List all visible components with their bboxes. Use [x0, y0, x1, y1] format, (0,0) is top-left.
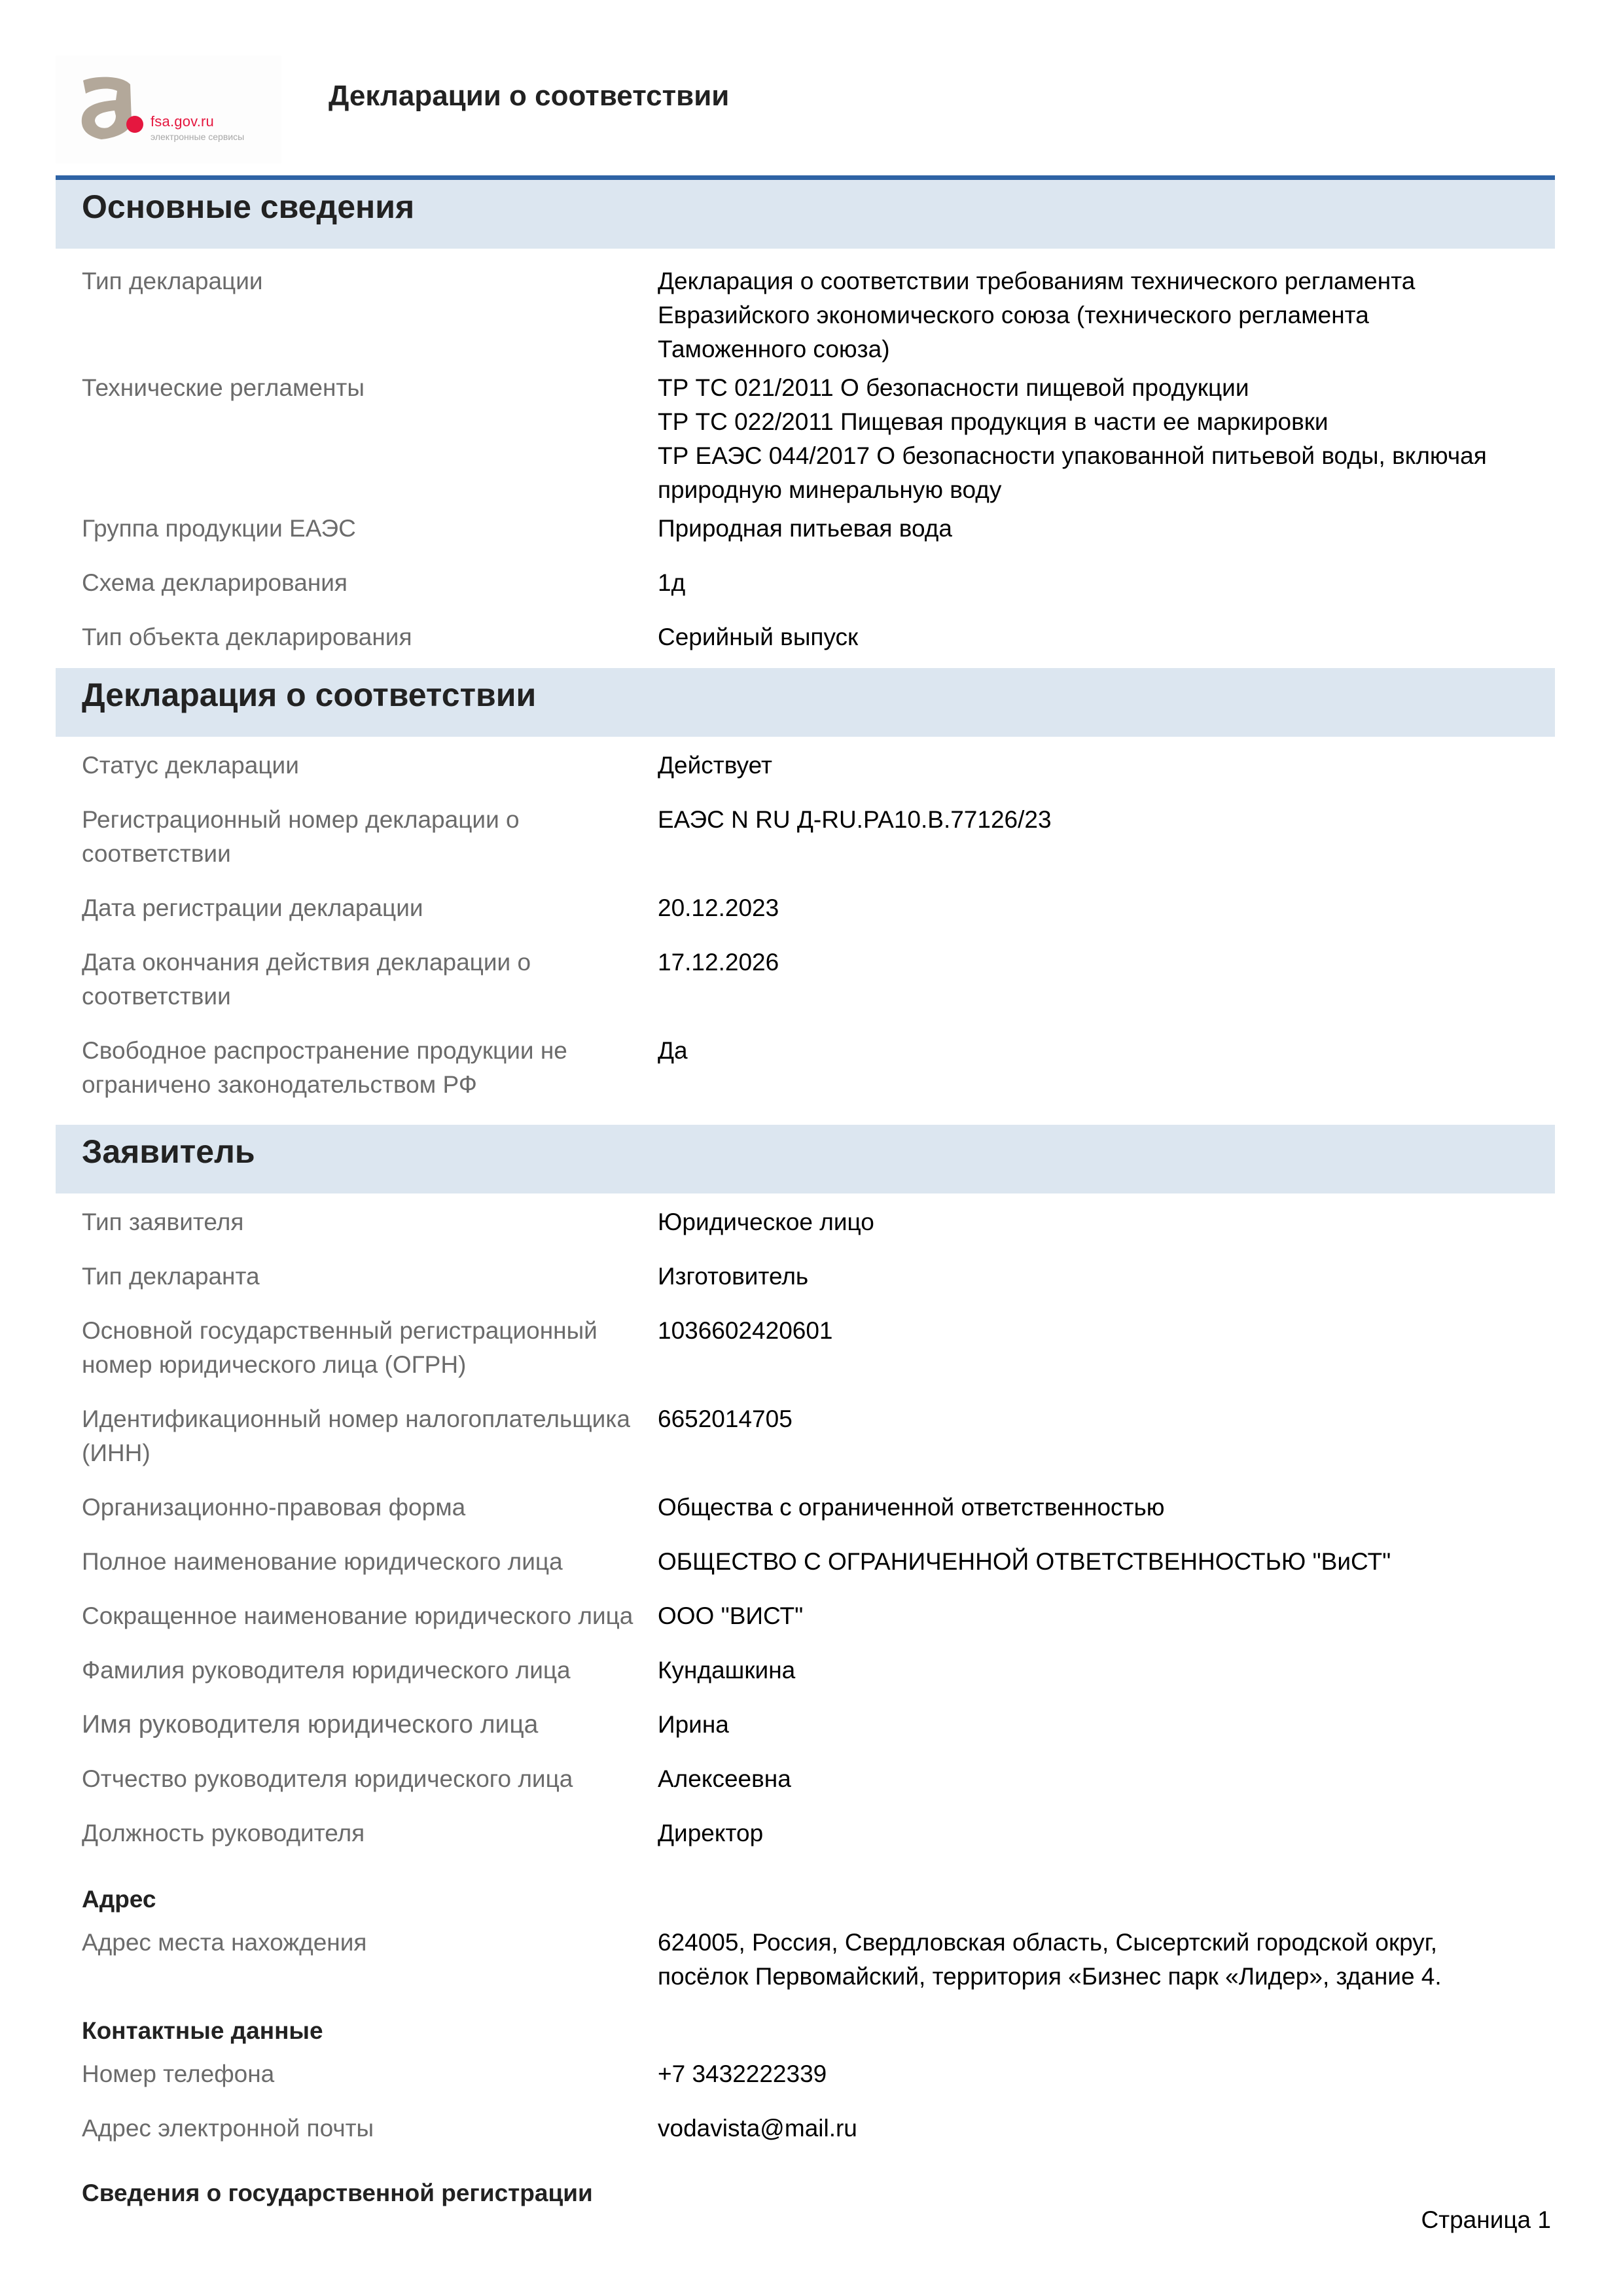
value-line: Таможенного союза)	[658, 332, 1529, 366]
field-row: Номер телефона +7 3432222339	[56, 2048, 1555, 2096]
field-row: Полное наименование юридического лица ОБ…	[56, 1529, 1555, 1583]
field-label: Номер телефона	[56, 2057, 658, 2091]
field-label: Полное наименование юридического лица	[56, 1545, 658, 1579]
section-declaration: Статус декларации Действует Регистрацион…	[56, 737, 1555, 1106]
logo-red-dot	[126, 116, 143, 133]
field-label: Тип объекта декларирования	[56, 620, 658, 654]
section-header-declaration: Декларация о соответствии	[56, 668, 1555, 737]
free-circulation: Да	[658, 1034, 1555, 1102]
field-label: Регистрационный номер декларации о соотв…	[56, 803, 658, 871]
field-value: Декларация о соответствии требованиям те…	[658, 264, 1555, 366]
field-label: Сокращенное наименование юридического ли…	[56, 1599, 658, 1633]
declaration-status: Действует	[658, 749, 1555, 783]
field-row: Технические регламенты ТР ТС 021/2011 О …	[56, 371, 1555, 512]
section-basic-info: Тип декларации Декларация о соответствии…	[56, 249, 1555, 659]
head-first-name: Ирина	[658, 1708, 1555, 1742]
fsa-a-letter-logo-icon	[77, 75, 135, 141]
spacer	[56, 659, 1555, 668]
field-label: Дата регистрации декларации	[56, 891, 658, 925]
field-label: Схема декларирования	[56, 566, 658, 600]
logo-subtitle: электронные сервисы	[151, 132, 244, 142]
field-label: Основной государственный регистрационный…	[56, 1314, 658, 1382]
document-title: Декларации о соответствии	[329, 80, 729, 113]
value-line: ТР ТС 022/2011 Пищевая продукция в части…	[658, 405, 1529, 439]
field-row: Должность руководителя Директор	[56, 1801, 1555, 1855]
field-row: Сокращенное наименование юридического ли…	[56, 1583, 1555, 1638]
value-line: Евразийского экономического союза (техни…	[658, 298, 1529, 332]
section-header-applicant: Заявитель	[56, 1125, 1555, 1193]
field-row: Тип декларанта Изготовитель	[56, 1244, 1555, 1298]
field-row: Фамилия руководителя юридического лица К…	[56, 1638, 1555, 1692]
field-label: Тип заявителя	[56, 1205, 658, 1239]
ogrn-value: 1036602420601	[658, 1314, 1555, 1382]
company-short-name: ООО "ВИСТ"	[658, 1599, 1555, 1633]
field-label: Технические регламенты	[56, 371, 658, 507]
field-row: Дата регистрации декларации 20.12.2023	[56, 875, 1555, 930]
field-label: Фамилия руководителя юридического лица	[56, 1653, 658, 1687]
field-label: Адрес места нахождения	[56, 1926, 658, 1994]
email-value: vodavista@mail.ru	[658, 2111, 1555, 2146]
value-line: ТР ЕАЭС 044/2017 О безопасности упакован…	[658, 439, 1529, 473]
registration-date: 20.12.2023	[658, 891, 1555, 925]
field-label: Адрес электронной почты	[56, 2111, 658, 2146]
field-label: Организационно-правовая форма	[56, 1491, 658, 1525]
head-patronymic: Алексеевна	[658, 1762, 1555, 1796]
section-applicant: Тип заявителя Юридическое лицо Тип декла…	[56, 1193, 1555, 2210]
field-row: Дата окончания действия декларации о соо…	[56, 930, 1555, 1018]
company-full-name: ОБЩЕСТВО С ОГРАНИЧЕННОЙ ОТВЕТСТВЕННОСТЬЮ…	[658, 1545, 1555, 1579]
field-row: Адрес места нахождения 624005, Россия, С…	[56, 1916, 1555, 1998]
spacer	[56, 1106, 1555, 1125]
field-value: Серийный выпуск	[658, 620, 1555, 654]
phone-value: +7 3432222339	[658, 2057, 1555, 2091]
field-row: Группа продукции ЕАЭС Природная питьевая…	[56, 512, 1555, 550]
expiry-date: 17.12.2026	[658, 945, 1555, 1014]
field-row: Тип декларации Декларация о соответствии…	[56, 249, 1555, 371]
field-label: Тип декларации	[56, 264, 658, 366]
fsa-logo: fsa.gov.ru электронные сервисы	[56, 56, 281, 164]
field-label: Дата окончания действия декларации о соо…	[56, 945, 658, 1014]
field-value: Общества с ограниченной ответственностью	[658, 1491, 1555, 1525]
field-row: Отчество руководителя юридического лица …	[56, 1746, 1555, 1801]
head-surname: Кундашкина	[658, 1653, 1555, 1687]
logo-site-name: fsa.gov.ru	[151, 113, 214, 130]
field-row: Тип заявителя Юридическое лицо	[56, 1193, 1555, 1244]
field-value: ТР ТС 021/2011 О безопасности пищевой пр…	[658, 371, 1555, 507]
field-label: Должность руководителя	[56, 1816, 658, 1850]
field-value: 1д	[658, 566, 1555, 600]
field-row: Схема декларирования 1д	[56, 550, 1555, 605]
address-value: 624005, Россия, Свердловская область, Сы…	[658, 1926, 1555, 1994]
subsection-header-address: Адрес	[56, 1855, 1555, 1916]
inn-value: 6652014705	[658, 1402, 1555, 1470]
field-row: Имя руководителя юридического лица Ирина	[56, 1692, 1555, 1746]
field-row: Идентификационный номер налогоплательщик…	[56, 1386, 1555, 1475]
value-line: посёлок Первомайский, территория «Бизнес…	[658, 1960, 1529, 1994]
field-label: Отчество руководителя юридического лица	[56, 1762, 658, 1796]
field-label: Имя руководителя юридического лица	[56, 1708, 658, 1742]
field-row: Регистрационный номер декларации о соотв…	[56, 787, 1555, 875]
field-label: Группа продукции ЕАЭС	[56, 512, 658, 546]
subsection-header-state-registration: Сведения о государственной регистрации	[56, 2150, 1555, 2210]
field-row: Статус декларации Действует	[56, 737, 1555, 787]
field-value: Природная питьевая вода	[658, 512, 1555, 546]
value-line: Декларация о соответствии требованиям те…	[658, 264, 1529, 298]
field-row: Адрес электронной почты vodavista@mail.r…	[56, 2096, 1555, 2150]
section-header-basic-info: Основные сведения	[56, 180, 1555, 249]
value-line: природную минеральную воду	[658, 473, 1529, 507]
document-body: Основные сведения Тип декларации Деклара…	[56, 180, 1555, 2210]
value-line: 624005, Россия, Свердловская область, Сы…	[658, 1926, 1529, 1960]
field-value: Юридическое лицо	[658, 1205, 1555, 1239]
field-label: Статус декларации	[56, 749, 658, 783]
page-number: Страница 1	[1421, 2206, 1551, 2234]
field-label: Идентификационный номер налогоплательщик…	[56, 1402, 658, 1470]
value-line: ТР ТС 021/2011 О безопасности пищевой пр…	[658, 371, 1529, 405]
field-value: Изготовитель	[658, 1260, 1555, 1294]
head-position: Директор	[658, 1816, 1555, 1850]
field-row: Основной государственный регистрационный…	[56, 1298, 1555, 1386]
registration-number: ЕАЭС N RU Д-RU.РА10.В.77126/23	[658, 803, 1555, 871]
field-row: Тип объекта декларирования Серийный выпу…	[56, 605, 1555, 659]
field-label: Свободное распространение продукции не о…	[56, 1034, 658, 1102]
field-row: Организационно-правовая форма Общества с…	[56, 1475, 1555, 1529]
field-label: Тип декларанта	[56, 1260, 658, 1294]
subsection-header-contacts: Контактные данные	[56, 1998, 1555, 2048]
header-divider	[56, 175, 1555, 180]
field-row: Свободное распространение продукции не о…	[56, 1018, 1555, 1106]
